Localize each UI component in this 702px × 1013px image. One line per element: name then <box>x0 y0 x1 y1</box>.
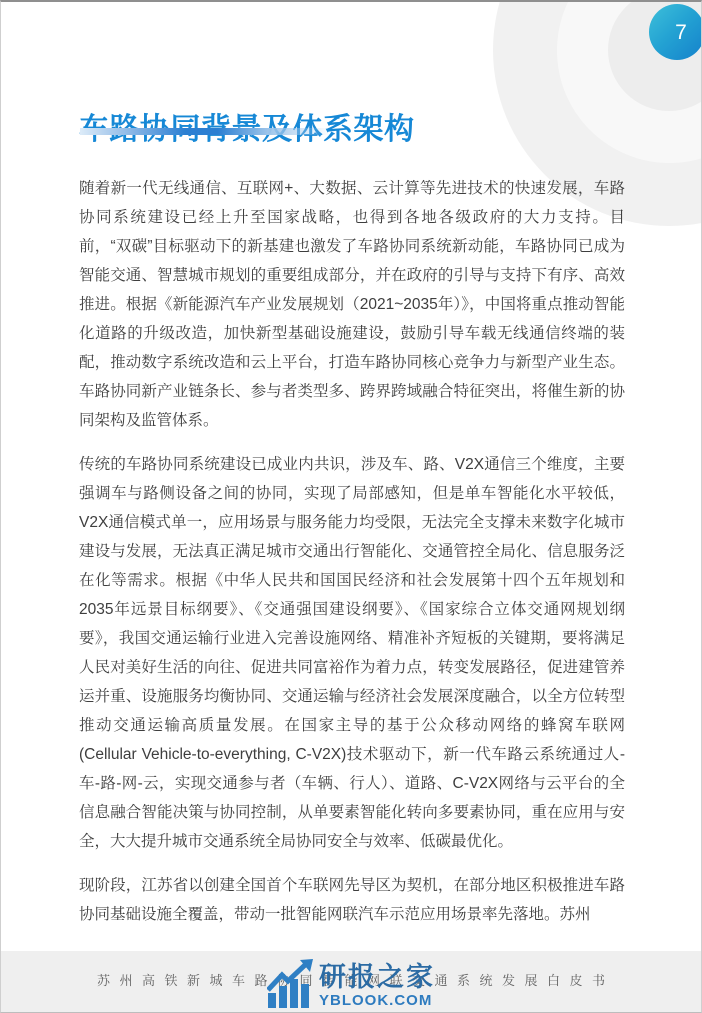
page-number: 7 <box>675 22 687 43</box>
body-paragraph: 传统的车路协同系统建设已成业内共识，涉及车、路、V2X通信三个维度，主要强调车与… <box>79 450 625 856</box>
page-number-badge: 7 <box>649 4 702 60</box>
watermark-text: 研报之家 YBLOOK.COM <box>319 964 435 1010</box>
body-paragraph: 现阶段，江苏省以创建全国首个车联网先导区为契机，在部分地区积极推进车路协同基础设… <box>79 871 625 929</box>
watermark-name: 研报之家 <box>319 964 435 991</box>
body-text: 随着新一代无线通信、互联网+、大数据、云计算等先进技术的快速发展，车路协同系统建… <box>79 174 625 932</box>
title-underline-accent <box>80 128 330 135</box>
watermark-site: YBLOOK.COM <box>319 993 432 1010</box>
footer: 苏州高铁新城车路协同智能网联交通系统发展白皮书 研报之家 YBLOOK.COM <box>1 951 701 1012</box>
document-page: 7 车路协同背景及体系架构 随着新一代无线通信、互联网+、大数据、云计算等先进技… <box>0 0 702 1013</box>
watermark: 研报之家 YBLOOK.COM <box>267 959 435 1009</box>
bar-chart-growth-arrow-icon <box>267 959 314 1009</box>
section-title: 车路协同背景及体系架构 <box>79 104 415 148</box>
body-paragraph: 随着新一代无线通信、互联网+、大数据、云计算等先进技术的快速发展，车路协同系统建… <box>79 174 625 435</box>
